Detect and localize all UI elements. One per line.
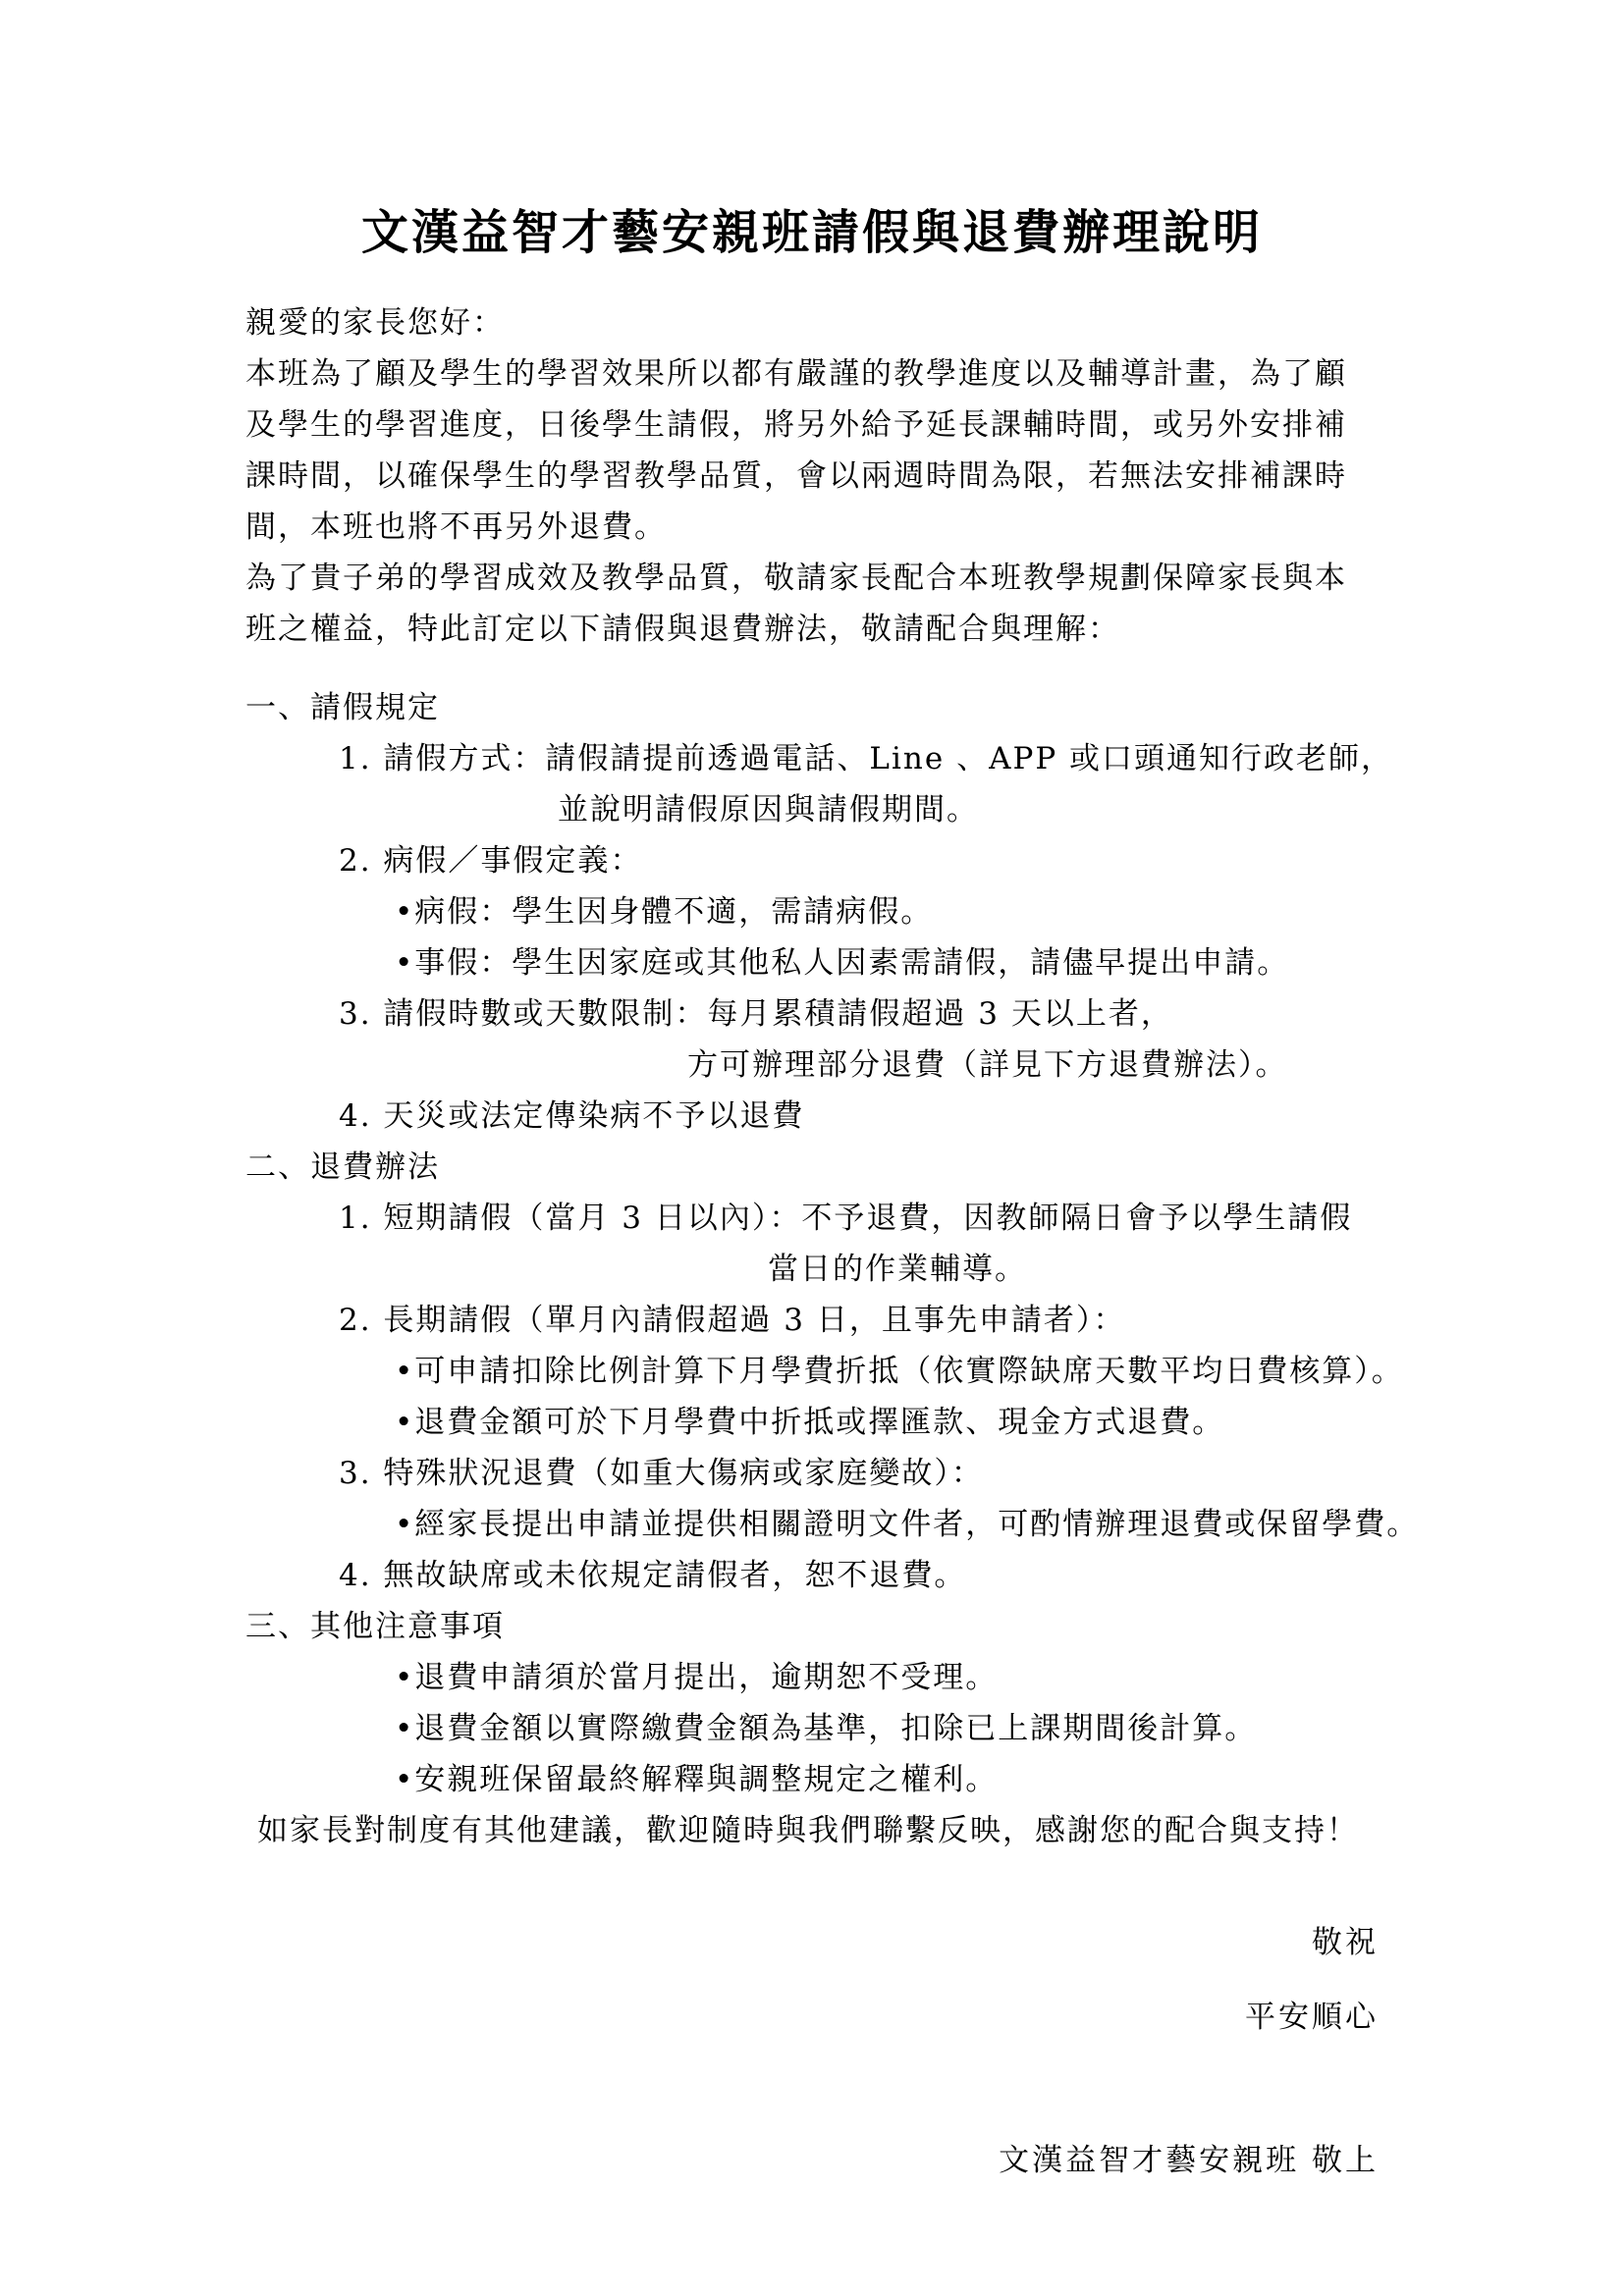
policy-line: •事假：學生因家庭或其他私人因素需請假，請儘早提出申請。 [245, 937, 1379, 988]
policy-line: 當日的作業輔導。 [245, 1244, 1379, 1295]
intro-line: 及學生的學習進度，日後學生請假，將另外給予延長課輔時間，或另外安排補 [245, 400, 1379, 451]
intro-line: 間，本班也將不再另外退費。 [245, 502, 1379, 553]
policy-line: 2. 病假／事假定義： [245, 835, 1379, 886]
document-page: 文漢益智才藝安親班請假與退費辦理說明 親愛的家長您好： 本班為了顧及學生的學習效… [0, 0, 1624, 2296]
document-body: 親愛的家長您好： 本班為了顧及學生的學習效果所以都有嚴謹的教學進度以及輔導計畫，… [245, 297, 1379, 2180]
policy-line: •病假：學生因身體不適，需請病假。 [245, 886, 1379, 937]
policy-line: •退費金額以實際繳費金額為基準，扣除已上課期間後計算。 [245, 1703, 1379, 1754]
policy-line: 方可辦理部分退費（詳見下方退費辦法）。 [245, 1040, 1379, 1091]
intro-line: 本班為了顧及學生的學習效果所以都有嚴謹的教學進度以及輔導計畫，為了顧 [245, 348, 1379, 400]
closing-block: 敬祝 平安順心 文漢益智才藝安親班 敬上 [245, 1905, 1379, 2180]
policy-line: 2. 長期請假（單月內請假超過 3 日，且事先申請者）： [245, 1295, 1379, 1346]
section-heading-refund-rules: 二、退費辦法 [245, 1142, 1379, 1193]
policy-line: 1. 請假方式：請假請提前透過電話、Line 、APP 或口頭通知行政老師， [245, 733, 1379, 784]
greeting-line: 親愛的家長您好： [245, 297, 1379, 348]
policy-line: 1. 短期請假（當月 3 日以內）：不予退費，因教師隔日會予以學生請假 [245, 1193, 1379, 1244]
policy-line: •安親班保留最終解釋與調整規定之權利。 [245, 1754, 1379, 1805]
policy-line: 3. 特殊狀況退費（如重大傷病或家庭變故）： [245, 1448, 1379, 1499]
policy-line: •退費金額可於下月學費中折抵或擇匯款、現金方式退費。 [245, 1397, 1379, 1448]
policy-line: 3. 請假時數或天數限制：每月累積請假超過 3 天以上者， [245, 988, 1379, 1040]
section-heading-other-notes: 三、其他注意事項 [245, 1601, 1379, 1652]
policy-line: •經家長提出申請並提供相關證明文件者，可酌情辦理退費或保留學費。 [245, 1499, 1379, 1550]
closing-wish: 平安順心 [245, 1980, 1379, 2055]
policy-line: •可申請扣除比例計算下月學費折抵（依實際缺席天數平均日費核算）。 [245, 1346, 1379, 1397]
outro-line: 如家長對制度有其他建議，歡迎隨時與我們聯繫反映，感謝您的配合與支持！ [245, 1805, 1379, 1856]
policy-line: 並說明請假原因與請假期間。 [245, 784, 1379, 835]
intro-line: 為了貴子弟的學習成效及教學品質，敬請家長配合本班教學規劃保障家長與本 [245, 553, 1379, 604]
policy-line: 4. 天災或法定傳染病不予以退費 [245, 1091, 1379, 1142]
policy-line: 4. 無故缺席或未依規定請假者，恕不退費。 [245, 1550, 1379, 1601]
document-title: 文漢益智才藝安親班請假與退費辦理說明 [245, 201, 1379, 264]
intro-line: 課時間，以確保學生的學習教學品質，會以兩週時間為限，若無法安排補課時 [245, 451, 1379, 502]
policy-line: •退費申請須於當月提出，逾期恕不受理。 [245, 1652, 1379, 1703]
intro-line: 班之權益，特此訂定以下請假與退費辦法，敬請配合與理解： [245, 604, 1379, 655]
signature-line: 文漢益智才藝安親班 敬上 [245, 2141, 1379, 2180]
closing-blessing: 敬祝 [245, 1905, 1379, 1980]
section-heading-leave-rules: 一、請假規定 [245, 682, 1379, 733]
